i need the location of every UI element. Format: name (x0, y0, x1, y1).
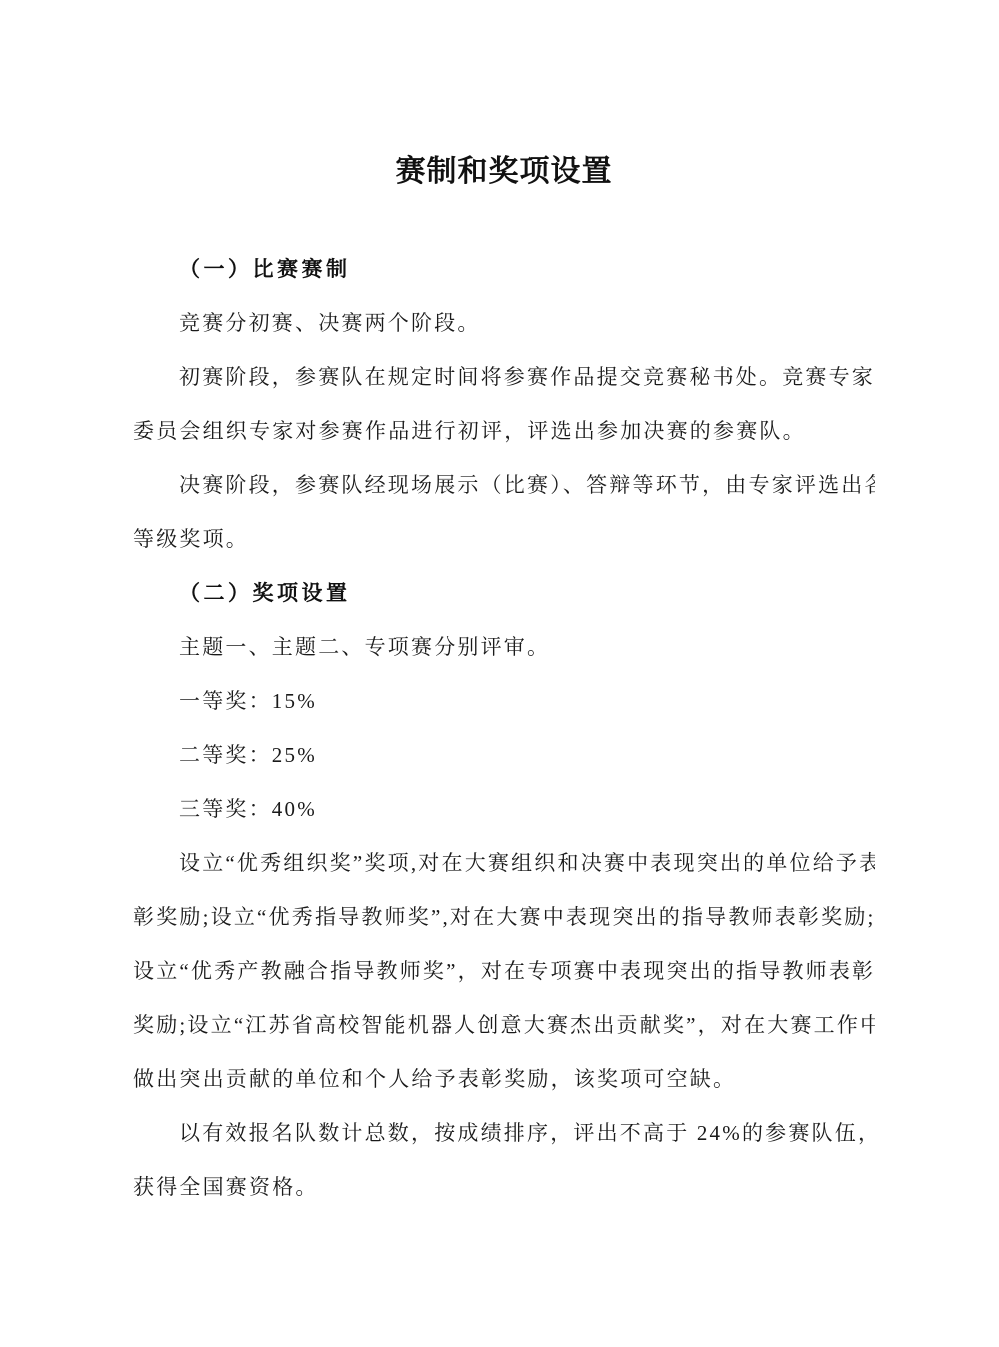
paragraph-line: 竞赛分初赛、决赛两个阶段。 (133, 296, 875, 350)
paragraph-line: 获得全国赛资格。 (133, 1160, 875, 1214)
paragraph-line: 奖励;设立“江苏省高校智能机器人创意大赛杰出贡献奖”，对在大赛工作中 (133, 998, 875, 1052)
paragraph-line: 设立“优秀产教融合指导教师奖”，对在专项赛中表现突出的指导教师表彰 (133, 944, 875, 998)
section-heading-1: （一）比赛赛制 (133, 242, 875, 296)
paragraph-line: 决赛阶段，参赛队经现场展示（比赛）、答辩等环节，由专家评选出各 (133, 458, 875, 512)
paragraph-line: 设立“优秀组织奖”奖项,对在大赛组织和决赛中表现突出的单位给予表 (133, 836, 875, 890)
paragraph-line: 等级奖项。 (133, 512, 875, 566)
document-page: 赛制和奖项设置 （一）比赛赛制 竞赛分初赛、决赛两个阶段。 初赛阶段，参赛队在规… (0, 0, 999, 1347)
page-title: 赛制和奖项设置 (133, 150, 875, 194)
paragraph-line: 委员会组织专家对参赛作品进行初评，评选出参加决赛的参赛队。 (133, 404, 875, 458)
paragraph-line: 做出突出贡献的单位和个人给予表彰奖励，该奖项可空缺。 (133, 1052, 875, 1106)
award-line-first-prize: 一等奖：15% (133, 674, 875, 728)
award-line-second-prize: 二等奖：25% (133, 728, 875, 782)
paragraph-line: 彰奖励;设立“优秀指导教师奖”,对在大赛中表现突出的指导教师表彰奖励; (133, 890, 875, 944)
paragraph-line: 以有效报名队数计总数，按成绩排序，评出不高于 24%的参赛队伍， (133, 1106, 875, 1160)
paragraph-line: 初赛阶段，参赛队在规定时间将参赛作品提交竞赛秘书处。竞赛专家 (133, 350, 875, 404)
paragraph-line: 主题一、主题二、专项赛分别评审。 (133, 620, 875, 674)
section-heading-2: （二）奖项设置 (133, 566, 875, 620)
award-line-third-prize: 三等奖：40% (133, 782, 875, 836)
